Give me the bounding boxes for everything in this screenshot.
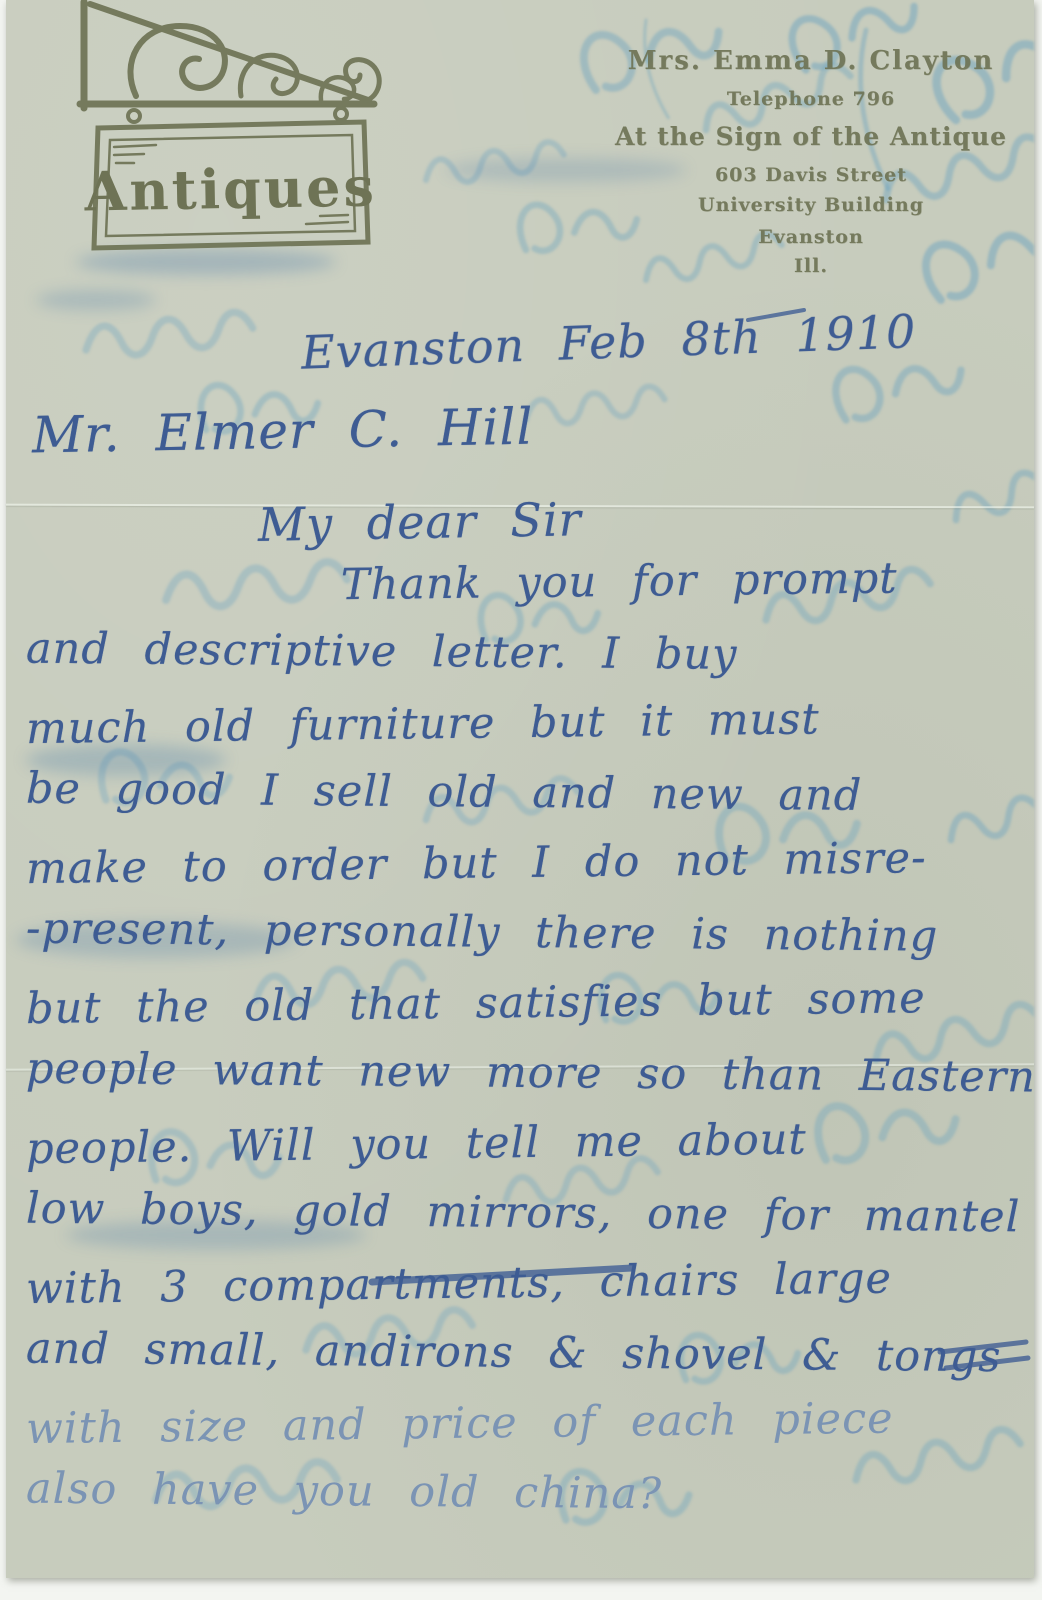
letter-line: be good I sell old and new and [26, 754, 1029, 833]
letter-recipient: Mr. Elmer C. Hill [32, 398, 534, 465]
letterhead-street: 603 Davis Street [601, 164, 1021, 186]
letter-line: with 3 compartments, chairs large [26, 1242, 1029, 1324]
letter-line: people. Will you tell me about [26, 1102, 1029, 1184]
letter-line: low boys, gold mirrors, one for mantel [26, 1174, 1029, 1253]
scanned-letter-page: Antiques Mrs. Emma D. Clayton Telephone … [0, 0, 1042, 1600]
sign-label: Antiques [83, 154, 377, 223]
letter-line: and small, andirons & shovel & tongs [26, 1314, 1029, 1393]
letter-salutation: My dear Sir [258, 492, 583, 552]
letter-body: Thank you for promptand descriptive lett… [26, 548, 1028, 1528]
letterhead-name: Mrs. Emma D. Clayton [601, 46, 1021, 76]
letterhead-tagline: At the Sign of the Antique [601, 122, 1021, 151]
letter-line: make to order but I do not misre- [26, 822, 1029, 904]
letterhead-state: Ill. [601, 255, 1021, 277]
letterhead-telephone: Telephone 796 [601, 88, 1021, 110]
letter-line: -present, personally there is nothing [26, 894, 1029, 973]
letter-line: and descriptive letter. I buy [26, 614, 1029, 693]
letter-line: much old furniture but it must [26, 682, 1029, 764]
letterhead: Mrs. Emma D. Clayton Telephone 796 At th… [601, 46, 1021, 277]
letter-line: but the old that satisfies but some [26, 962, 1029, 1044]
letter-paper: Antiques Mrs. Emma D. Clayton Telephone … [6, 0, 1034, 1578]
letter-line: with size and price of each piece [26, 1382, 1029, 1464]
antiques-hanging-sign-icon: Antiques [36, 0, 386, 260]
letter-line: people want new more so than Eastern [26, 1034, 1029, 1113]
letter-line: also have you old china? [26, 1454, 1029, 1533]
letter-line: Thank you for prompt [26, 542, 1029, 624]
letterhead-building: University Building [601, 194, 1021, 216]
letterhead-city: Evanston [601, 226, 1021, 248]
